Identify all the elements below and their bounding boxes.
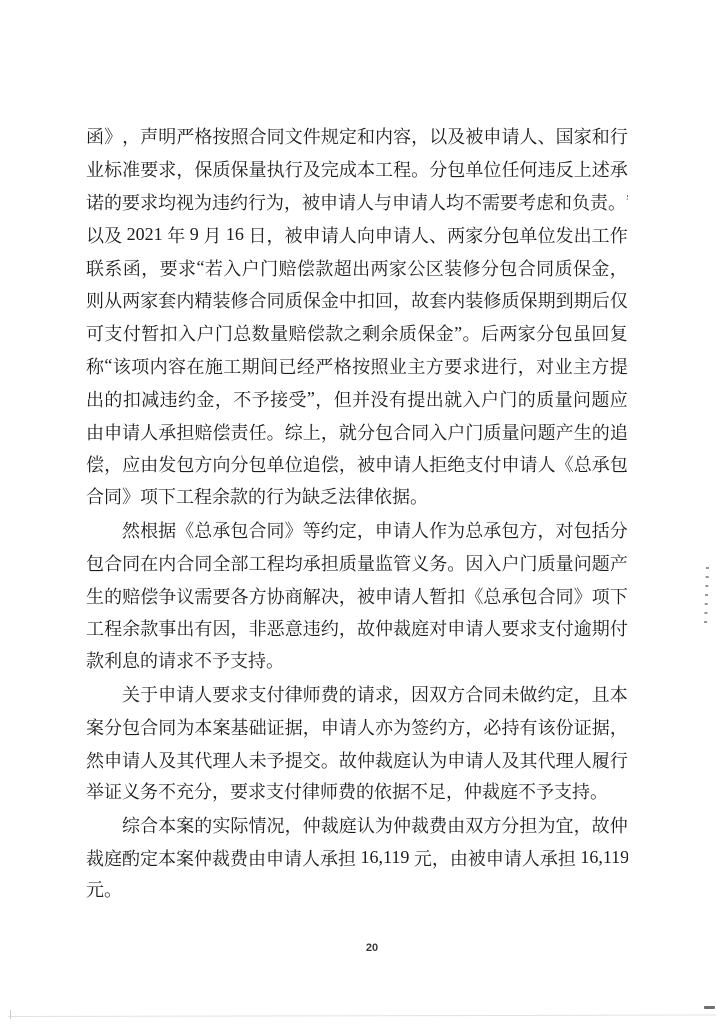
paragraph: 然根据《总承包合同》等约定，申请人作为总承包方，对包括分包合同在内合同全部工程均… xyxy=(86,514,628,678)
text-line: 诺的要求均视为违约行为，被申请人与申请人均不需要考虑和负责。” xyxy=(86,186,628,219)
text-line: 生的赔偿争议需要各方协商解决，被申请人暂扣《总承包合同》项下 xyxy=(86,579,628,612)
text-line: 以及 2021 年 9 月 16 日，被申请人向申请人、两家分包单位发出工作 xyxy=(86,218,628,251)
text-line: 称“该项内容在施工期间已经严格按照业主方要求进行，对业主方提 xyxy=(86,350,628,383)
text-line: 则从两家套内精装修合同质保金中扣回，故套内装修质保期到期后仅 xyxy=(86,284,628,317)
scan-artifact-bottom-dash xyxy=(704,1006,715,1009)
text-line: 业标准要求，保质保量执行及完成本工程。分包单位任何违反上述承 xyxy=(86,153,628,186)
paragraph: 函》，声明严格按照合同文件规定和内容，以及被申请人、国家和行业标准要求，保质保量… xyxy=(86,120,628,514)
text-line: 案分包合同为本案基础证据，申请人亦为签约方，必持有该份证据， xyxy=(86,710,628,743)
text-line: 由申请人承担赔偿责任。综上，就分包合同入户门质量问题产生的追 xyxy=(86,415,628,448)
text-line: 偿，应由发包方向分包单位追偿，被申请人拒绝支付申请人《总承包 xyxy=(86,448,628,481)
text-line: 然根据《总承包合同》等约定，申请人作为总承包方，对包括分 xyxy=(86,514,628,547)
text-line: 工程余款事出有因，非恶意违约，故仲裁庭对申请人要求支付逾期付 xyxy=(86,612,628,645)
scan-artifact-bottom-tick xyxy=(10,1010,11,1019)
text-line: 元。 xyxy=(86,874,628,907)
text-line: 然申请人及其代理人未予提交。故仲裁庭认为申请人及其代理人履行 xyxy=(86,743,628,776)
paragraph: 综合本案的实际情况，仲裁庭认为仲裁费由双方分担为宜，故仲裁庭酌定本案仲裁费由申请… xyxy=(86,809,628,907)
document-page: 函》，声明严格按照合同文件规定和内容，以及被申请人、国家和行业标准要求，保质保量… xyxy=(0,0,716,1024)
text-line: 举证义务不充分，要求支付律师费的依据不足，仲裁庭不予支持。 xyxy=(86,776,628,809)
page-number: 20 xyxy=(0,942,716,954)
text-line: 综合本案的实际情况，仲裁庭认为仲裁费由双方分担为宜，故仲 xyxy=(86,809,628,842)
scan-artifact-right-edge-marks xyxy=(704,565,709,627)
text-line: 可支付暂扣入户门总数量赔偿款之剩余质保金”。后两家分包虽回复 xyxy=(86,317,628,350)
text-line: 裁庭酌定本案仲裁费由申请人承担 16,119 元，由被申请人承担 16,119 xyxy=(86,842,628,875)
text-line: 关于申请人要求支付律师费的请求，因双方合同未做约定，且本 xyxy=(86,678,628,711)
text-line: 款利息的请求不予支持。 xyxy=(86,645,628,678)
text-line: 联系函，要求“若入户门赔偿款超出两家公区装修分包合同质保金， xyxy=(86,251,628,284)
paragraph: 关于申请人要求支付律师费的请求，因双方合同未做约定，且本案分包合同为本案基础证据… xyxy=(86,678,628,809)
document-body: 函》，声明严格按照合同文件规定和内容，以及被申请人、国家和行业标准要求，保质保量… xyxy=(86,120,628,907)
text-line: 合同》项下工程余款的行为缺乏法律依据。 xyxy=(86,481,628,514)
scan-artifact-bottom-line xyxy=(8,1015,716,1017)
text-line: 包合同在内合同全部工程均承担质量监管义务。因入户门质量问题产 xyxy=(86,546,628,579)
text-line: 出的扣减违约金，不予接受”，但并没有提出就入户门的质量问题应 xyxy=(86,382,628,415)
text-line: 函》，声明严格按照合同文件规定和内容，以及被申请人、国家和行 xyxy=(86,120,628,153)
